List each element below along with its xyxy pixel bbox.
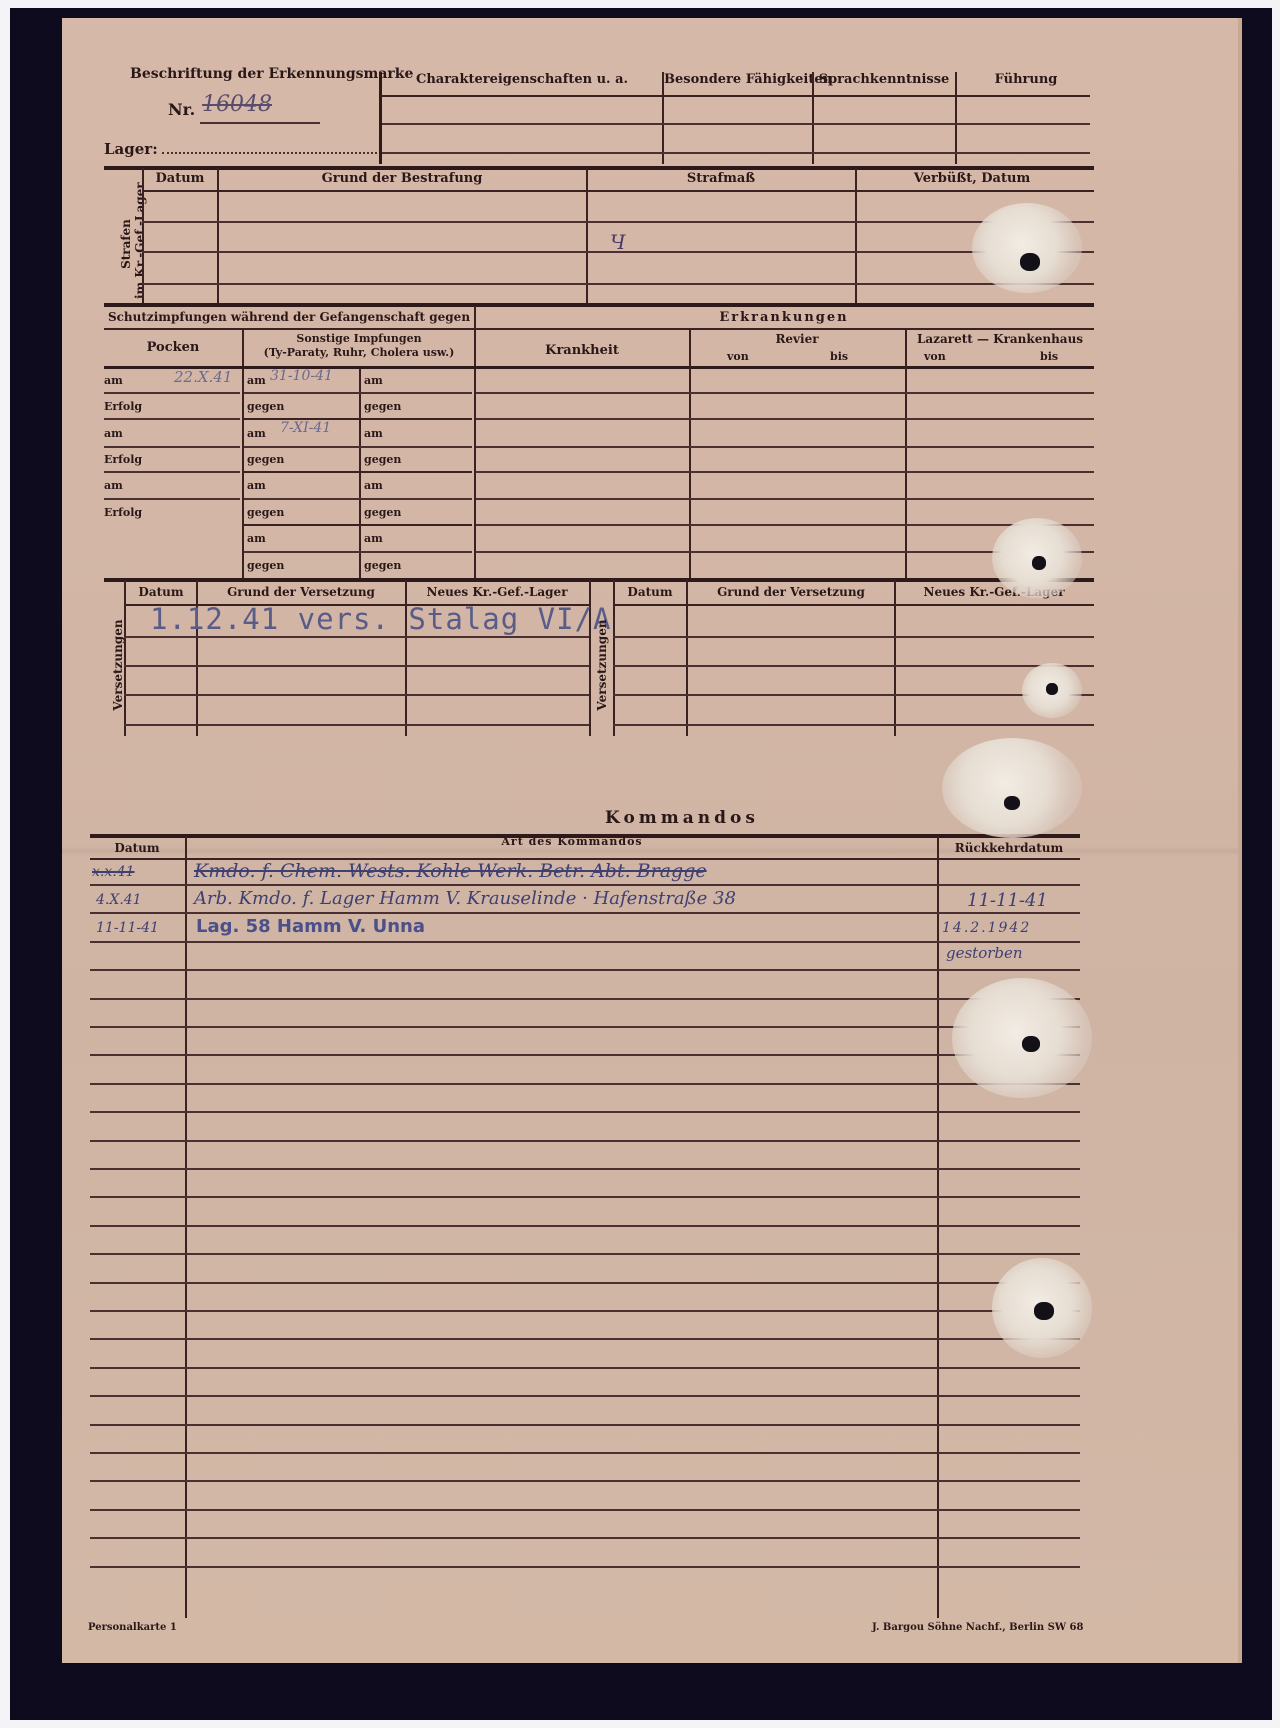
sonst-b-am-2: am bbox=[364, 427, 383, 440]
divider bbox=[359, 368, 361, 578]
illnesses-title: Erkrankungen bbox=[476, 310, 1092, 325]
rule bbox=[90, 1026, 1080, 1028]
rule bbox=[244, 471, 472, 473]
rule bbox=[90, 969, 1080, 971]
rule bbox=[90, 1140, 1080, 1142]
rule bbox=[90, 1509, 1080, 1511]
sonstige-line1: Sonstige Impfungen bbox=[296, 332, 421, 345]
rule bbox=[104, 471, 240, 473]
rule bbox=[613, 636, 1094, 638]
sonst-a-gegen-4: gegen bbox=[247, 559, 284, 572]
kommando-row-1-kind: Kmdo. f. Chem. Wests. Kohle Werk. Betr. … bbox=[194, 860, 707, 882]
kommandos-col-rueckkehr: Rückkehrdatum bbox=[939, 841, 1079, 855]
rule bbox=[476, 446, 1094, 448]
side-label-line2: im Kr.-Gef.-Lager bbox=[133, 182, 147, 299]
pocken-erfolg-2: Erfolg bbox=[104, 453, 142, 466]
transfers-l-col-grund: Grund der Versetzung bbox=[198, 585, 404, 599]
rule bbox=[124, 665, 589, 667]
rule bbox=[124, 636, 589, 638]
sonst-a-am-4: am bbox=[247, 532, 266, 545]
personnel-card: Beschriftung der Erkennungsmarke Nr. 160… bbox=[62, 18, 1242, 1663]
rule bbox=[476, 524, 1094, 526]
sonst-b-gegen-4: gegen bbox=[364, 559, 401, 572]
rule bbox=[476, 498, 1094, 500]
revier-bis: bis bbox=[830, 350, 848, 363]
rule bbox=[476, 328, 1094, 330]
rule bbox=[104, 328, 474, 330]
col-grund: Grund der Bestrafung bbox=[219, 171, 585, 186]
punch-hole bbox=[952, 978, 1092, 1098]
pocken-erfolg-3: Erfolg bbox=[104, 506, 142, 519]
transfers-side-label-left: Versetzungen bbox=[111, 615, 125, 715]
rule bbox=[244, 551, 472, 553]
rule bbox=[90, 1480, 1080, 1482]
nr-underline bbox=[200, 122, 320, 124]
divider bbox=[379, 72, 382, 164]
divider bbox=[905, 330, 907, 578]
divider bbox=[937, 836, 939, 1618]
rule bbox=[142, 190, 1094, 192]
rule bbox=[244, 418, 472, 420]
sonst-b-gegen-2: gegen bbox=[364, 453, 401, 466]
rule bbox=[90, 1395, 1080, 1397]
rule bbox=[90, 884, 1080, 886]
divider bbox=[185, 836, 187, 1618]
strafmass-mark: Ч bbox=[610, 230, 625, 254]
transfers-l-col-lager: Neues Kr.-Gef.-Lager bbox=[407, 585, 587, 599]
punch-hole bbox=[1022, 663, 1082, 718]
rule bbox=[382, 152, 1090, 154]
pocken-am-2: am bbox=[104, 427, 123, 440]
punch-hole bbox=[972, 203, 1082, 293]
form-number: Personalkarte 1 bbox=[88, 1622, 177, 1633]
kommando-row-3-return: 14.2.1942 bbox=[942, 920, 1031, 936]
id-section-title: Beschriftung der Erkennungsmarke bbox=[130, 66, 413, 82]
lazarett-bis: bis bbox=[1040, 350, 1058, 363]
rule bbox=[244, 446, 472, 448]
nr-label: Nr. bbox=[168, 100, 195, 119]
section-rule bbox=[104, 166, 1094, 170]
rule bbox=[613, 604, 1094, 606]
sonst-date-2[interactable]: 7-XI-41 bbox=[280, 420, 331, 436]
col-charakter: Charaktereigenschaften u. a. bbox=[384, 72, 660, 87]
sonst-a-gegen-2: gegen bbox=[247, 453, 284, 466]
col-fuehrung: Führung bbox=[957, 72, 1095, 87]
col-krankheit: Krankheit bbox=[476, 343, 688, 358]
nr-value: 16048 bbox=[202, 92, 272, 117]
vaccinations-title: Schutzimpfungen während der Gefangenscha… bbox=[104, 310, 474, 324]
punch-hole bbox=[992, 1258, 1092, 1358]
rule bbox=[90, 1253, 1080, 1255]
col-strafmass: Strafmaß bbox=[588, 171, 854, 186]
rule bbox=[90, 1338, 1080, 1340]
kommandos-col-datum: Datum bbox=[90, 841, 184, 855]
rule bbox=[244, 392, 472, 394]
rule bbox=[90, 1424, 1080, 1426]
sonstige-line2: (Ty-Paraty, Ruhr, Cholera usw.) bbox=[264, 346, 455, 359]
rule bbox=[613, 724, 1094, 726]
sonst-b-gegen-1: gegen bbox=[364, 400, 401, 413]
kommando-row-2-return: 11-11-41 bbox=[967, 890, 1048, 911]
col-revier: Revier bbox=[691, 332, 903, 346]
rule bbox=[90, 1367, 1080, 1369]
rule bbox=[90, 1196, 1080, 1198]
col-faehigkeiten: Besondere Fähigkeiten bbox=[664, 72, 812, 87]
rule bbox=[382, 123, 1090, 125]
rule bbox=[90, 1083, 1080, 1085]
rule bbox=[142, 283, 1094, 285]
kommando-row-2-date: 4.X.41 bbox=[96, 892, 142, 908]
rule bbox=[90, 1111, 1080, 1113]
rule bbox=[476, 418, 1094, 420]
rule bbox=[382, 95, 1090, 97]
rule bbox=[142, 221, 1094, 223]
sonst-a-am-3: am bbox=[247, 479, 266, 492]
pocken-date-1[interactable]: 22.X.41 bbox=[174, 368, 232, 386]
rule bbox=[90, 1537, 1080, 1539]
kommando-row-2-kind: Arb. Kmdo. f. Lager Hamm V. Krauselinde … bbox=[194, 888, 736, 909]
sonst-a-gegen-3: gegen bbox=[247, 506, 284, 519]
rule bbox=[90, 941, 1080, 943]
rule bbox=[476, 471, 1094, 473]
divider bbox=[689, 330, 691, 578]
rule bbox=[244, 498, 472, 500]
sonst-b-gegen-3: gegen bbox=[364, 506, 401, 519]
kommando-row-4-return: gestorben bbox=[946, 944, 1023, 962]
sonst-b-am-1: am bbox=[364, 374, 383, 387]
rule bbox=[90, 1310, 1080, 1312]
rule bbox=[104, 366, 1094, 369]
col-verbuesst: Verbüßt, Datum bbox=[857, 171, 1087, 186]
pocken-am-3: am bbox=[104, 479, 123, 492]
rule bbox=[104, 498, 240, 500]
punch-hole bbox=[942, 738, 1082, 838]
col-sprachen: Sprachkenntnisse bbox=[814, 72, 954, 87]
sonst-date-1[interactable]: 31-10-41 bbox=[270, 368, 333, 384]
lager-label: Lager: bbox=[104, 140, 158, 158]
rule bbox=[90, 1225, 1080, 1227]
rule bbox=[90, 912, 1080, 914]
sonst-a-am-2: am bbox=[247, 427, 266, 440]
lager-dotted-field[interactable] bbox=[162, 152, 377, 154]
side-label-line1: Strafen bbox=[119, 219, 133, 269]
rule bbox=[90, 1282, 1080, 1284]
rule bbox=[124, 724, 589, 726]
transfers-r-col-grund: Grund der Versetzung bbox=[688, 585, 894, 599]
rule bbox=[124, 694, 589, 696]
col-pocken: Pocken bbox=[104, 340, 242, 355]
scan-frame: Beschriftung der Erkennungsmarke Nr. 160… bbox=[10, 8, 1272, 1720]
kommandos-col-art: Art des Kommandos bbox=[442, 835, 702, 848]
section-rule bbox=[104, 578, 1094, 582]
revier-von: von bbox=[727, 350, 749, 363]
rule bbox=[613, 665, 1094, 667]
rule bbox=[104, 392, 240, 394]
kommando-row-3-date: 11-11-41 bbox=[96, 920, 159, 936]
kommando-row-1-date: x.x.41 bbox=[92, 864, 135, 880]
kommando-row-3-kind: Lag. 58 Hamm V. Unna bbox=[196, 916, 425, 937]
pocken-erfolg-1: Erfolg bbox=[104, 400, 142, 413]
col-sonstige: Sonstige Impfungen(Ty-Paraty, Ruhr, Chol… bbox=[244, 332, 474, 360]
rule bbox=[104, 418, 240, 420]
rule bbox=[90, 1566, 1080, 1568]
sonst-b-am-3: am bbox=[364, 479, 383, 492]
pocken-am-1: am bbox=[104, 374, 123, 387]
transfers-r-col-datum: Datum bbox=[615, 585, 685, 599]
col-datum: Datum bbox=[144, 171, 216, 186]
printer-imprint: J. Bargou Söhne Nachf., Berlin SW 68 bbox=[872, 1622, 1083, 1633]
rule bbox=[476, 392, 1094, 394]
transfers-l-col-datum: Datum bbox=[126, 585, 196, 599]
lazarett-von: von bbox=[924, 350, 946, 363]
col-lazarett: Lazarett — Krankenhaus bbox=[907, 332, 1093, 346]
sonst-b-am-4: am bbox=[364, 532, 383, 545]
section-rule bbox=[104, 303, 1094, 307]
rule bbox=[90, 1168, 1080, 1170]
transfers-side-label-right: Versetzungen bbox=[595, 615, 609, 715]
rule bbox=[244, 524, 472, 526]
rule bbox=[104, 446, 240, 448]
sonst-a-am-1: am bbox=[247, 374, 266, 387]
rule bbox=[90, 998, 1080, 1000]
punch-hole bbox=[992, 518, 1082, 598]
sonst-a-gegen-1: gegen bbox=[247, 400, 284, 413]
rule bbox=[90, 1054, 1080, 1056]
rule bbox=[90, 1452, 1080, 1454]
transfer-stamp: 1.12.41 vers. Stalag VI/A bbox=[150, 602, 612, 636]
